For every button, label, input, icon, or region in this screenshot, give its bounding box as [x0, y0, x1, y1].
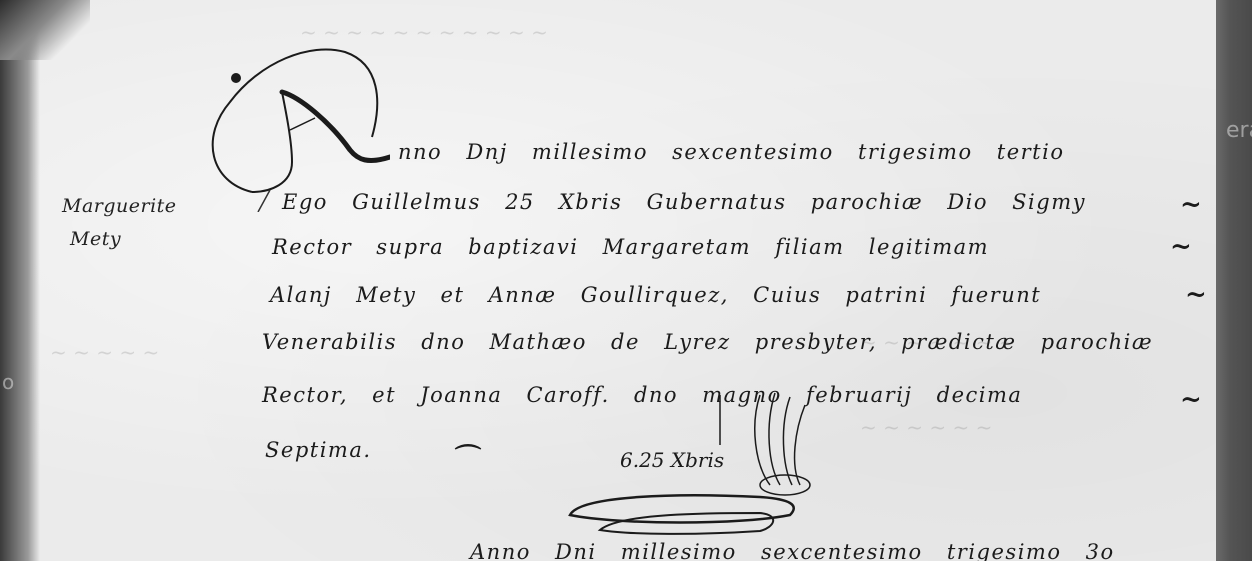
- entry-line-5: Venerabilis dno Mathæo de Lyrez presbyte…: [262, 330, 1153, 354]
- page-edge-right: [1216, 0, 1252, 561]
- entry-line-1: nno Dnj millesimo sexcentesimo trigesimo…: [398, 140, 1064, 164]
- line-end-flourish: ~: [1185, 280, 1207, 310]
- bleed-through-text: ~ ~ ~ ~ ~ ~ ~ ~ ~ ~ ~: [300, 20, 548, 44]
- binding-left: [0, 0, 40, 561]
- next-entry-partial-line: Anno Dni millesimo sexcentesimo trigesim…: [470, 540, 1115, 561]
- binding-shadow: [0, 0, 90, 60]
- margin-note-name: Marguerite: [62, 195, 177, 217]
- line-end-flourish: ~: [1180, 385, 1202, 415]
- entry-line-3: Rector supra baptizavi Margaretam filiam…: [272, 235, 989, 259]
- bleed-through-text: ~ ~ ~ ~ ~ ~: [860, 415, 992, 439]
- line-end-flourish: ⌒: [455, 438, 481, 475]
- line-end-flourish: ~: [1170, 232, 1192, 262]
- watermark-left: o: [2, 370, 14, 394]
- signature-flourish-icon: [560, 385, 820, 535]
- entry-line-4: Alanj Mety et Annæ Goullirquez, Cuius pa…: [270, 283, 1041, 307]
- entry-line-7: Septima.: [265, 438, 372, 462]
- decorated-initial-icon: [200, 42, 390, 212]
- watermark-right: era: [1226, 118, 1252, 143]
- register-page: era o ~ ~ ~ ~ ~ ~ ~ ~ ~ ~ ~ ~ ~ ~ ~ ~ ~ …: [0, 0, 1252, 561]
- margin-note-surname: Mety: [70, 228, 121, 250]
- entry-line-2: Ego Guillelmus 25 Xbris Gubernatus paroc…: [282, 190, 1086, 214]
- bleed-through-text: ~ ~ ~ ~ ~: [50, 340, 159, 364]
- line-end-flourish: ~: [1180, 190, 1202, 220]
